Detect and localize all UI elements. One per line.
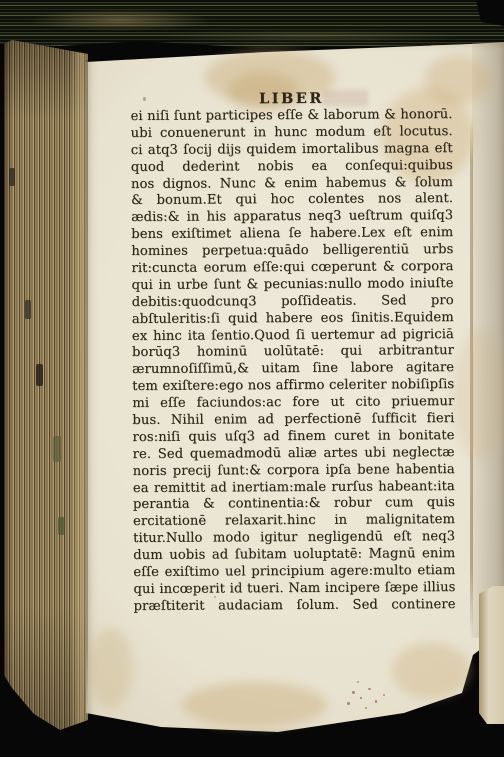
text-line: ædis:& in his apparatus neq3 ueſtrum qui… — [131, 208, 453, 227]
page-edge-stack — [4, 38, 88, 730]
text-line: ubi conuenerunt in hunc modum eſt locutu… — [131, 124, 453, 143]
text-line: mi eſſe faciundos:ac fore ut cito priuem… — [132, 394, 454, 413]
text-line: ex hinc ita ſentio.Quod ſi uertemur ad p… — [132, 327, 454, 346]
text-lines: ei niſi ſunt participes eſſe & laborum &… — [131, 107, 456, 616]
page-left-edge-line — [86, 60, 88, 715]
text-line: ercitationē relaxarit.hinc in malignitat… — [133, 512, 455, 531]
text-line: præſtiterit audaciam ſolum. Sed continer… — [133, 597, 455, 616]
text-line: & bonum.Et qui hoc colentes nos alent. H… — [131, 191, 453, 210]
text-line: ea remittit ad inertiam:male rurſus habe… — [133, 479, 455, 498]
text-line: rit:cuncta eorum eſſe:qui cœperunt & cor… — [131, 259, 453, 278]
text-line: ci atq3 ſocij dijs quidem imortalibus ma… — [131, 141, 453, 160]
text-line: tem exiſtere:ego nos affirmo celeriter n… — [132, 377, 454, 396]
text-line: borūq3 hominū uolūtatē: qui arbitrantur … — [132, 343, 454, 362]
stain-bottom-left — [88, 628, 133, 708]
text-line: re. Sed quemadmodū aliæ artes ubi neglec… — [133, 445, 455, 464]
text-line: titur.Nullo modo igitur negligendū eſt n… — [133, 529, 455, 548]
text-line: qui in urbe ſunt & pecunias:nullo modo i… — [132, 276, 454, 295]
text-line: ros:niſi quis uſq3 ad finem curet in bon… — [132, 428, 454, 447]
text-line: ærumnoſiſſimū,& uitam ſine labore agitar… — [132, 360, 454, 379]
page-header: LIBER — [130, 90, 452, 109]
text-block: LIBER ei niſi ſunt participes eſſe & lab… — [130, 90, 455, 616]
text-line: perantia & continentia:& robur cum quis … — [133, 495, 455, 514]
text-line: bus. Nihil enim ad perfectionē ſufficit … — [132, 411, 454, 430]
text-line: eſſe exiſtimo uel principium agere:multo… — [133, 563, 455, 582]
fore-edge-strip — [479, 586, 504, 724]
page-edge-mark — [36, 364, 43, 386]
text-line: dum uobis ad ſubitam uoluptatē: Magnū en… — [133, 546, 455, 565]
text-line: noris precij ſunt:& corpora ipſa bene ha… — [133, 462, 455, 481]
text-line: quod dederint nobis ea conſequi:quibus p… — [131, 158, 453, 177]
text-line: qui incœperit id tueri. Nam incipere ſæp… — [133, 580, 455, 599]
page-edge-mark — [58, 517, 65, 535]
stain-bottom-right — [392, 643, 470, 698]
text-line: nos dignos. Nunc & enim habemus & ſolum … — [131, 175, 453, 194]
text-line: ei niſi ſunt participes eſſe & laborum &… — [131, 107, 453, 126]
book-photo-backdrop: LIBER ei niſi ſunt participes eſſe & lab… — [0, 0, 504, 757]
page-edge-mark — [25, 300, 31, 319]
text-line: bens exiſtimet aliena ſe habere.Lex eſt … — [131, 225, 453, 244]
page-edge-mark — [9, 168, 15, 186]
stain-bottom-center — [182, 682, 327, 728]
text-line: debitis:quodcunq3 poſſideatis. Sed pro h… — [132, 293, 454, 312]
stain-right-middle — [452, 330, 504, 460]
text-line: abſtuleritis:ſi quid habere eos ſinitis.… — [132, 310, 454, 329]
page-edge-mark — [53, 436, 61, 462]
text-line: homines perpetua:quādo belligerentiū urb… — [131, 242, 453, 261]
